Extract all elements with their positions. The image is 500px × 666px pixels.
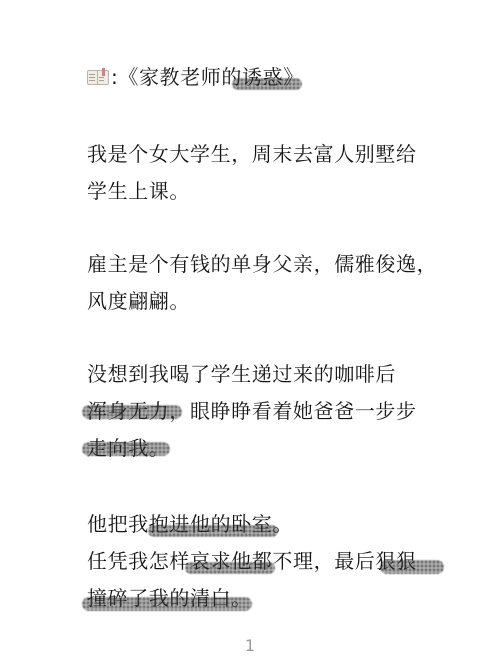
paragraph-1-line-2: 学生上课。: [87, 178, 190, 204]
paragraph-2-line-2: 风度翩翩。: [87, 288, 190, 314]
paragraph-1-line-1: 我是个女大学生，周末去富人别墅给: [87, 141, 417, 167]
open-book-icon: [87, 68, 109, 86]
scribble-redaction: [380, 560, 444, 574]
document-page: :《家教老师的诱惑》 我是个女大学生，周末去富人别墅给 学生上课。 雇主是个有钱…: [0, 0, 500, 666]
scribble-redaction: [185, 562, 275, 574]
scribble-redaction: [148, 525, 278, 537]
page-number: 1: [0, 636, 500, 655]
scribble-redaction: [82, 442, 170, 456]
paragraph-2-line-1: 雇主是个有钱的单身父亲，儒雅俊逸，: [87, 251, 437, 277]
scribble-redaction: [82, 405, 182, 419]
scribble-redaction: [82, 597, 252, 611]
scribble-redaction: [232, 78, 302, 90]
paragraph-3-line-1: 没想到我喝了学生递过来的咖啡后: [87, 361, 396, 387]
